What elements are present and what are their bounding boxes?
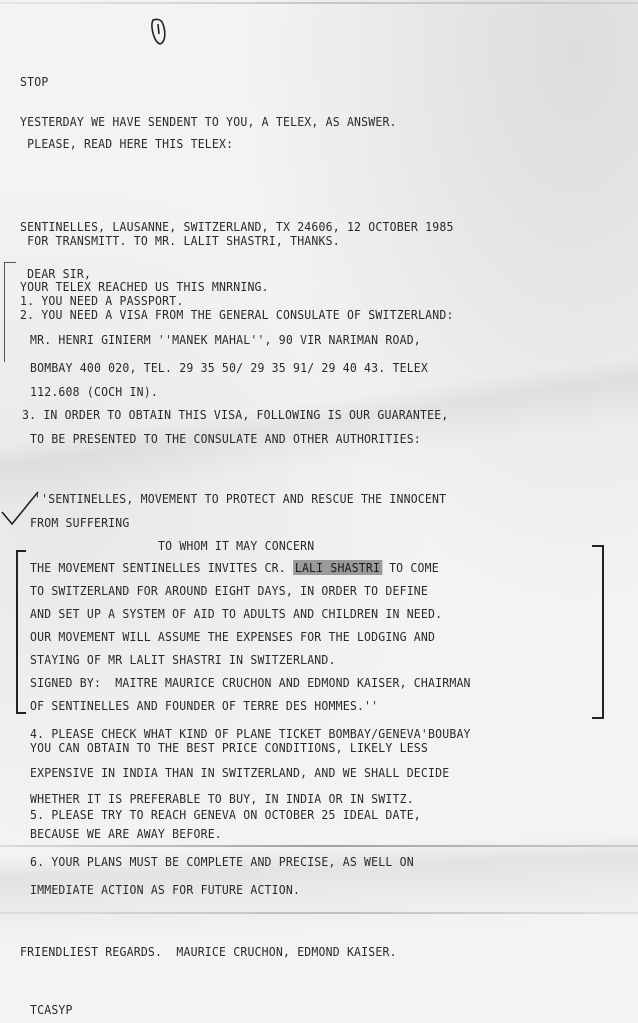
highlighted-name: LALI SHASTRI: [293, 560, 382, 575]
bracket-mark: [592, 545, 604, 719]
body-line: BOMBAY 400 020, TEL. 29 35 50/ 29 35 91/…: [30, 361, 428, 375]
telex-header-line: FOR TRANSMITT. TO MR. LALIT SHASTRI, THA…: [20, 234, 340, 248]
guarantee-org-line: ''SENTINELLES, MOVEMENT TO PROTECT AND R…: [34, 492, 446, 506]
paper-fold: [0, 912, 638, 914]
body-line: 2. YOU NEED A VISA FROM THE GENERAL CONS…: [20, 308, 454, 322]
footer-code: TCASYP: [30, 1003, 73, 1017]
margin-mark: [4, 262, 16, 275]
guarantee-title: TO WHOM IT MAY CONCERN: [158, 539, 314, 553]
telex-document-page: STOP YESTERDAY WE HAVE SENDENT TO YOU, A…: [0, 0, 638, 1023]
guarantee-line: OUR MOVEMENT WILL ASSUME THE EXPENSES FO…: [30, 630, 435, 644]
guarantee-line: AND SET UP A SYSTEM OF AID TO ADULTS AND…: [30, 607, 442, 621]
guarantee-line: TO SWITZERLAND FOR AROUND EIGHT DAYS, IN…: [30, 584, 428, 598]
body-line: YOUR TELEX REACHED US THIS MNRNING.: [20, 280, 269, 294]
closing: FRIENDLIEST REGARDS. MAURICE CRUCHON, ED…: [20, 945, 397, 959]
point-line: 6. YOUR PLANS MUST BE COMPLETE AND PRECI…: [30, 855, 414, 869]
body-line: 1. YOU NEED A PASSPORT.: [20, 294, 183, 308]
guarantee-line: OF SENTINELLES AND FOUNDER OF TERRE DES …: [30, 699, 378, 713]
guarantee-org-line: FROM SUFFERING: [30, 516, 130, 530]
margin-mark: [4, 262, 5, 362]
invite-suffix: TO COME: [382, 560, 439, 575]
guarantee-line: STAYING OF MR LALIT SHASTRI IN SWITZERLA…: [30, 653, 336, 667]
point-line: BECAUSE WE ARE AWAY BEFORE.: [30, 827, 222, 841]
point-line: YOU CAN OBTAIN TO THE BEST PRICE CONDITI…: [30, 741, 428, 755]
header-stop: STOP: [20, 75, 48, 89]
paper-fold: [0, 845, 638, 847]
guarantee-invite-line: THE MOVEMENT SENTINELLES INVITES CR. LAL…: [30, 561, 439, 575]
handwritten-mark-icon: [148, 16, 172, 48]
point-line: EXPENSIVE IN INDIA THAN IN SWITZERLAND, …: [30, 766, 449, 780]
paper-fold: [0, 2, 638, 4]
body-line: 3. IN ORDER TO OBTAIN THIS VISA, FOLLOWI…: [22, 408, 448, 422]
intro-line: PLEASE, READ HERE THIS TELEX:: [20, 137, 233, 151]
invite-prefix: THE MOVEMENT SENTINELLES INVITES CR.: [30, 560, 293, 575]
point-line: WHETHER IT IS PREFERABLE TO BUY, IN INDI…: [30, 792, 414, 806]
point-line: 5. PLEASE TRY TO REACH GENEVA ON OCTOBER…: [30, 808, 421, 822]
point-line: 4. PLEASE CHECK WHAT KIND OF PLANE TICKE…: [30, 727, 471, 741]
point-line: IMMEDIATE ACTION AS FOR FUTURE ACTION.: [30, 883, 300, 897]
intro-line: YESTERDAY WE HAVE SENDENT TO YOU, A TELE…: [20, 115, 397, 129]
body-line: 112.608 (COCH IN).: [30, 385, 158, 399]
bracket-mark: [16, 550, 26, 714]
guarantee-line: SIGNED BY: MAITRE MAURICE CRUCHON AND ED…: [30, 676, 471, 690]
body-line: TO BE PRESENTED TO THE CONSULATE AND OTH…: [30, 432, 421, 446]
telex-header-line: SENTINELLES, LAUSANNE, SWITZERLAND, TX 2…: [20, 220, 454, 234]
body-line: MR. HENRI GINIERM ''MANEK MAHAL'', 90 VI…: [30, 333, 421, 347]
